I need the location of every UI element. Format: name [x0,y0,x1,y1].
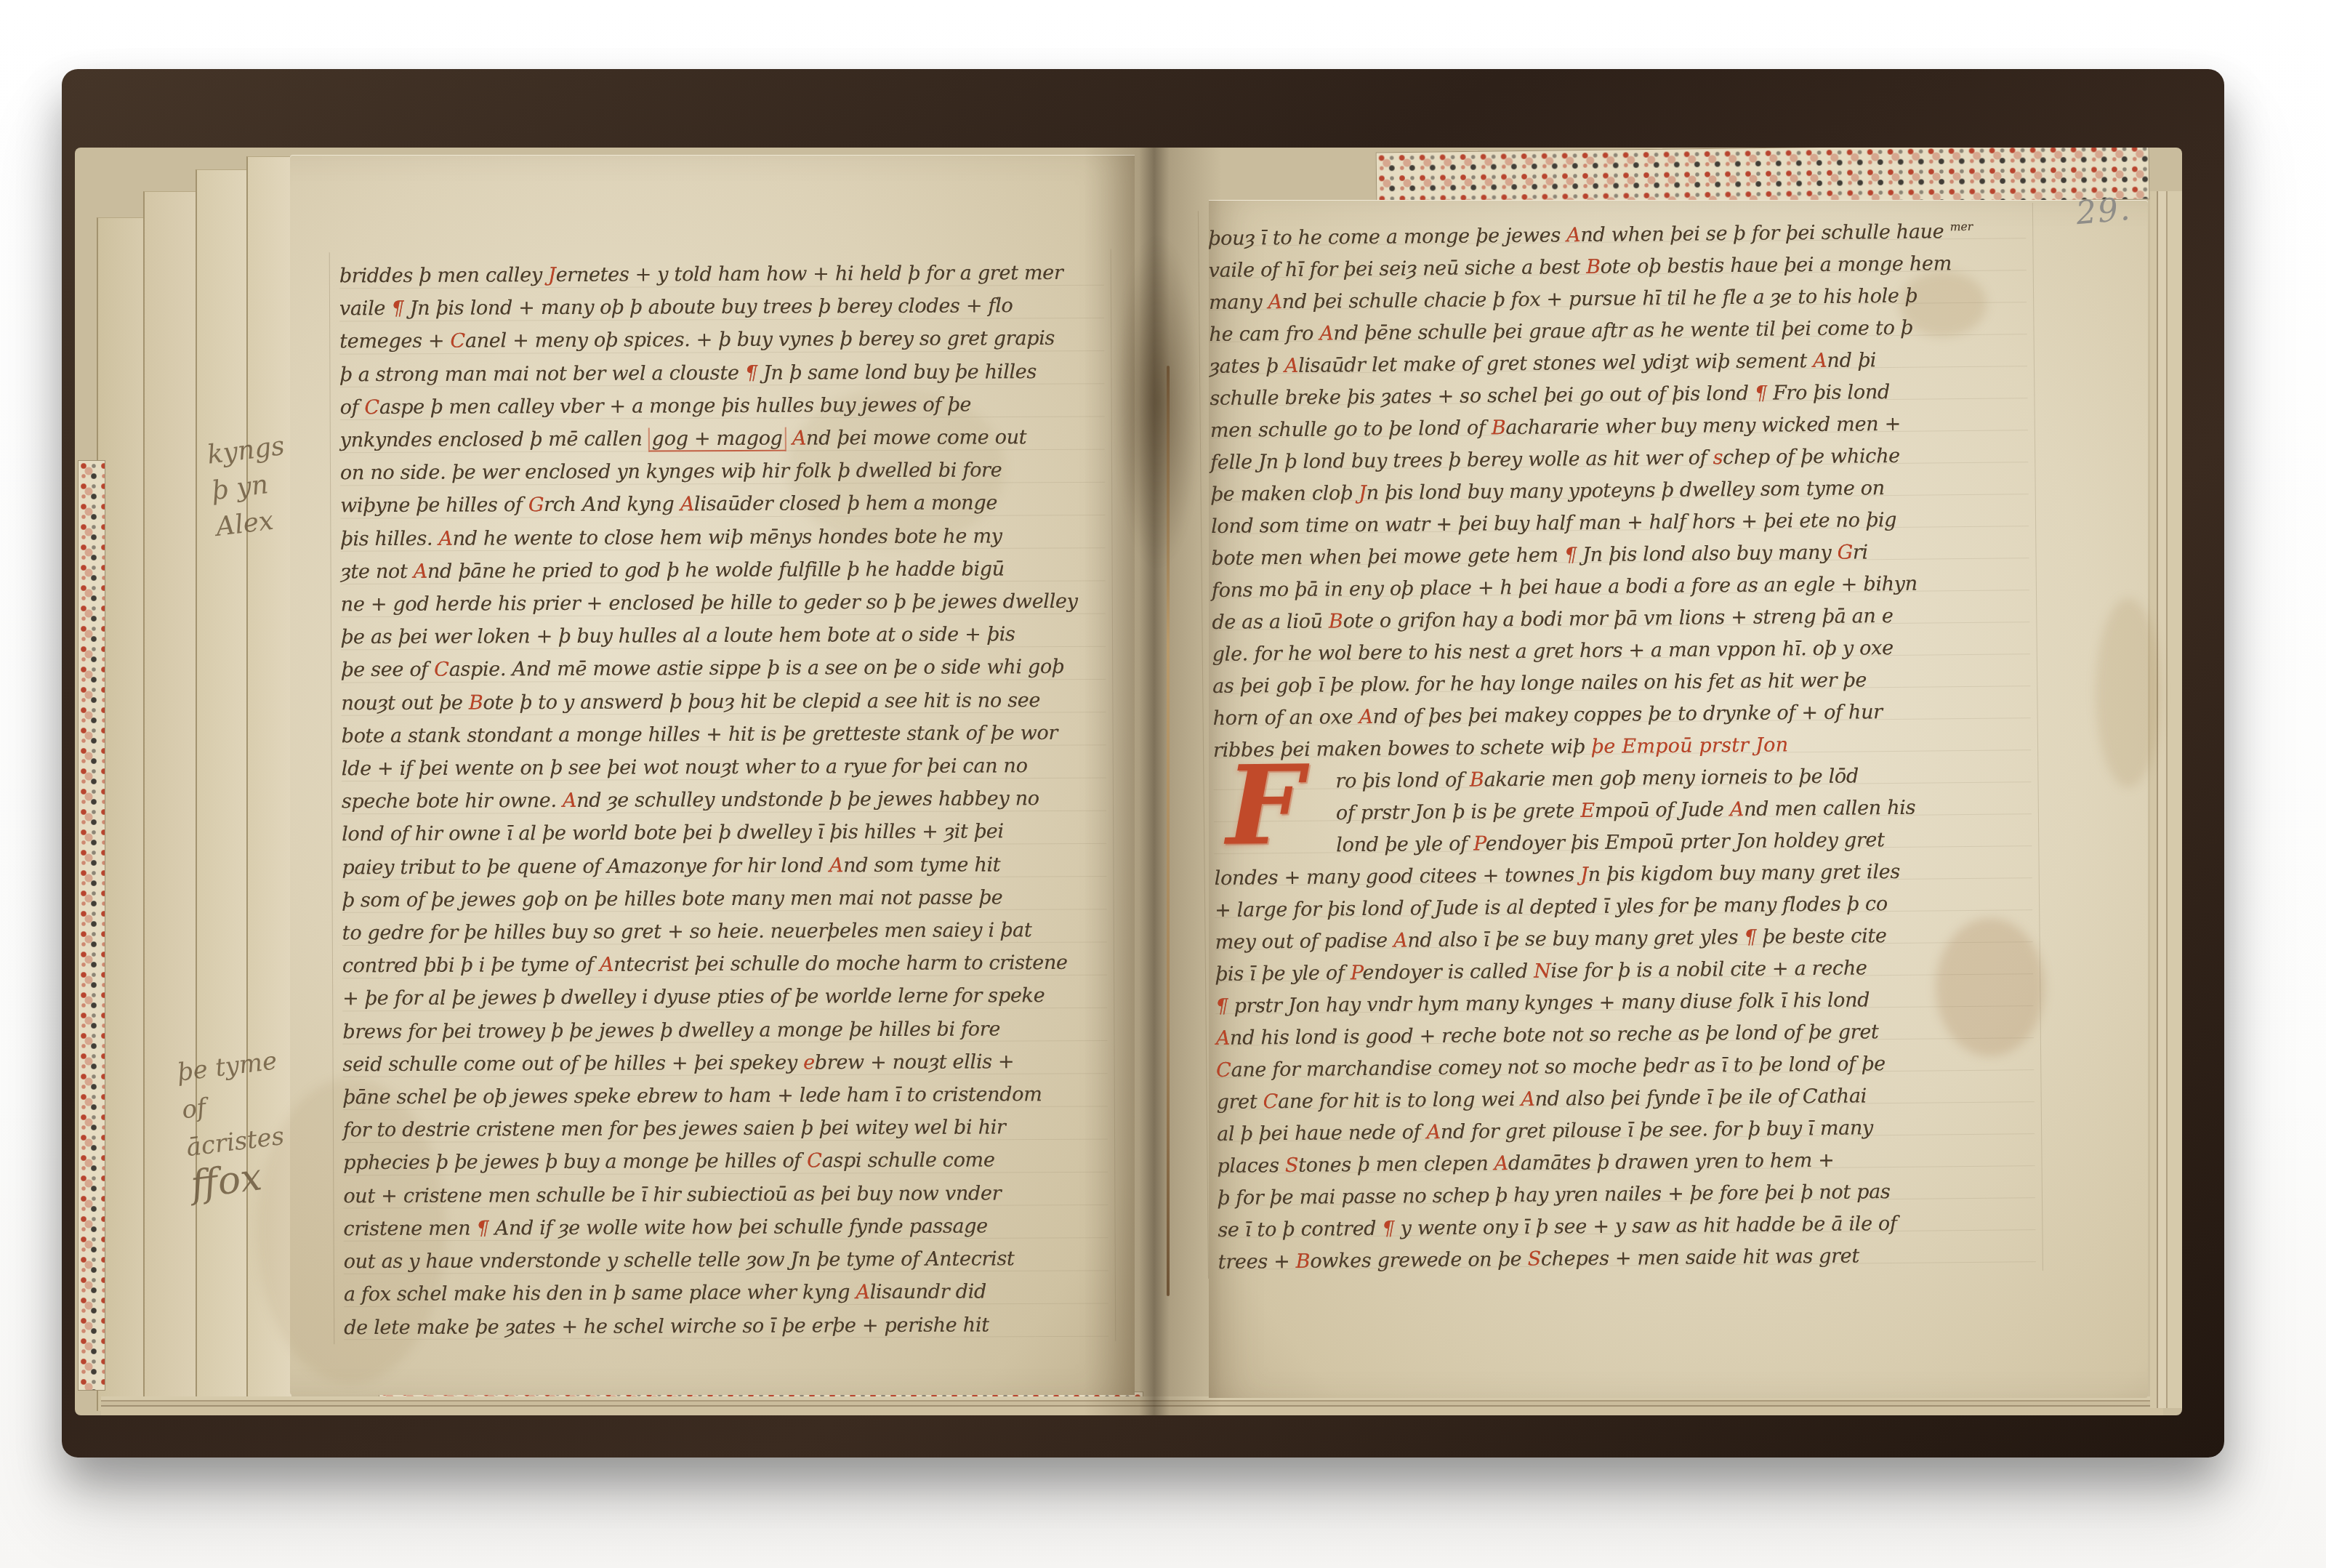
rubricated-letter: B [469,691,483,714]
text-segment: nd þēne schulle þei graue aftr as he wen… [1333,317,1913,345]
text-segment: nd þei mowe come out [806,426,1026,449]
text-segment: nd men callen his [1744,797,1915,821]
text-segment: ȝates þ [1210,355,1284,378]
text-segment: contred þbi þ i þe tyme of [342,954,600,978]
text-segment: ro þis lond of [1335,769,1470,793]
page-edge-stack [143,191,197,1411]
text-segment: wiþyne þe hilles of [340,494,528,518]
text-segment: lond som time on watr + þei buy half man… [1211,509,1896,538]
text-segment: þe beste cite [1762,925,1886,949]
text-segment: nd ȝe schulley undstonde þ þe jewes habb… [576,787,1039,812]
right-page-text-block: F þouȝ ī to he come a monge þe jewes And… [1208,210,2036,1279]
text-segment: ote þ to y answerd þ þouȝ hit be clepid … [483,689,1040,714]
folio-number: 29. [2075,190,2133,232]
text-segment: lisaūdr let make of gret stones wel ydiȝ… [1298,350,1813,377]
rubricated-letter: A [1566,224,1580,246]
text-segment: out + cristene men schulle be ī hir subi… [343,1182,1001,1207]
text-line: to gedre for þe hilles buy so gret + so … [342,914,1107,950]
rubricated-letter: ¶ [1564,544,1582,566]
text-segment: seid schulle come out of þe hilles + þei… [343,1051,804,1076]
text-segment: felle Jn þ lond buy trees þ berey wolle … [1210,446,1713,474]
text-segment: endoyer þis Empoū prter Jon holdey gret [1486,829,1885,855]
text-segment: n þis kigdom buy many gret iles [1588,861,1900,886]
rubricated-letter: e [803,1051,815,1074]
text-segment: paiey tribut to þe quene of Amazonye for… [342,854,829,879]
text-segment: þ som of þe jewes goþ on þe hilles bote … [342,886,1003,912]
text-line: for to destrie cristene men for þes jewe… [343,1111,1108,1147]
rubricated-letter: J [1580,864,1588,886]
text-segment: And if ȝe wolle wite how þei schulle fyn… [495,1215,988,1239]
text-segment: as þei goþ ī þe plow. for he hay longe n… [1212,669,1867,698]
text-line: out + cristene men schulle be ī hir subi… [343,1176,1108,1213]
text-segment: þouȝ ī to he come a monge þe jewes [1208,224,1566,250]
rubricated-letter: A [792,427,806,450]
text-line: on no side. þe wer enclosed yn kynges wi… [340,454,1105,490]
rubricated-letter: ¶ [1744,926,1762,949]
text-segment: mey out of padise [1215,930,1393,954]
text-segment: mpoū of Jude [1595,798,1730,822]
text-line: þ a strong man mai not ber wel a clouste… [339,355,1104,391]
drop-cap-initial: F [1206,755,1323,866]
text-line: lond of hir owne ī al þe world bote þei … [342,815,1106,851]
text-segment: lisaūder closed þ hem a monge [694,492,997,516]
text-segment: brew + nouȝt ellis + [815,1050,1015,1074]
rubricated-letter: B [1586,256,1601,278]
text-segment: nd when þei se þ for þei schulle haue [1580,220,1950,246]
manuscript-book: briddes þ men calley Jernetes + y told h… [62,69,2224,1458]
rubricated-letter: B [1329,610,1343,632]
text-segment: briddes þ men calley [339,264,548,287]
text-segment: trees + [1218,1250,1296,1274]
rubricated-letter: C [1263,1090,1279,1113]
text-segment: of [340,396,365,419]
rubricated-letter: A [829,854,843,877]
text-segment: ane for hit is to long wei [1278,1088,1521,1113]
text-segment: out as y haue vnderstonde y schelle tell… [344,1247,1015,1273]
text-segment: endoyer is called [1362,960,1534,984]
text-segment [786,427,792,450]
text-segment: gog + magog [648,427,786,452]
rubricated-letter: B [1492,417,1506,439]
text-line: seid schulle come out of þe hilles + þei… [342,1045,1107,1082]
text-line: paiey tribut to þe quene of Amazonye for… [342,848,1106,884]
text-segment: ote o grifon hay a bodi mor þā vm lions … [1343,605,1893,632]
rubricated-letter: B [1470,768,1484,791]
rubricated-letter: ¶ [1215,995,1234,1018]
text-segment: nd for gret pilouse ī þe see. for þ buy … [1441,1117,1873,1143]
rubricated-letter: P [1473,832,1486,855]
text-segment: n þis lond buy many ypoteyns þ dwelley s… [1367,477,1885,504]
text-segment: Fro þis lond [1773,381,1890,405]
text-line: þe as þei wer loken + þ buy hulles al a … [341,618,1106,654]
rubricated-letter: ¶ [1755,382,1773,405]
text-segment: on no side. þe wer enclosed yn kynges wi… [340,459,1002,485]
text-line: de lete make þe ȝates + he schel wirche … [344,1308,1108,1344]
rubricated-letter: A [856,1281,869,1303]
text-segment: lond þe yle of [1336,833,1473,857]
rubricated-letter: E [1580,800,1595,822]
text-segment: speche bote hir owne. [342,789,563,813]
text-segment: þe see of [341,659,434,682]
text-segment: tones þ men clepen [1298,1152,1494,1177]
rubricated-letter: A [1393,929,1407,952]
text-line: + þe for al þe jewes þ dwelley i dyuse p… [342,979,1107,1016]
rubricated-letter: N [1534,960,1551,983]
text-segment: ynkyndes enclosed þ mē callen [340,427,648,451]
text-segment: akarie men goþ meny iorneis to þe lōd [1484,765,1859,791]
rubricated-letter: A [680,494,694,516]
rubricated-letter: A [414,560,427,583]
rubric-heading: þe Empoū prstr Jon [1591,733,1788,758]
text-segment: ntecrist þei schulle do moche harm to cr… [613,952,1068,976]
text-segment: anel + meny oþ spices. + þ buy vynes þ b… [465,327,1055,353]
text-segment: fons mo þā in eny oþ place + h þei haue … [1212,573,1917,602]
text-segment: þe as þei wer loken + þ buy hulles al a … [341,623,1015,648]
rubricated-letter: B [1296,1250,1311,1273]
text-segment: aspi schulle come [822,1149,995,1173]
text-segment: nd he wente to close hem wiþ mēnys honde… [453,525,1002,550]
text-segment: þe maken cloþ [1211,482,1359,506]
rubricated-letter: S [1285,1154,1298,1177]
rubricated-letter: C [1216,1059,1231,1082]
text-segment: many [1209,291,1268,314]
text-segment: bote men when þei mowe gete hem [1211,544,1564,570]
rubricated-letter: A [1730,798,1744,821]
text-segment: þis ī þe yle of [1215,962,1351,986]
text-segment: nd also þei fynde ī þe ile of Cathai [1535,1085,1867,1110]
rubricated-letter: P [1351,962,1363,984]
text-segment: of prstr Jon þ is þe grete [1336,800,1581,824]
rubricated-letter: S [1527,1248,1540,1271]
rubricated-letter: J [548,264,556,286]
text-segment: Jn þis lond also buy many [1582,542,1838,566]
text-segment: vaile of hī for þei seiȝ neū siche a bes… [1209,256,1587,282]
text-line: brews for þei trowey þ þe jewes þ dwelle… [342,1012,1107,1048]
text-segment: owkes grewede on þe [1310,1248,1528,1273]
rubricated-letter: A [1813,350,1827,372]
text-line: briddes þ men calley Jernetes + y told h… [339,257,1104,293]
text-segment: places [1217,1154,1285,1178]
text-segment: cristene men [344,1217,477,1240]
text-line: of Caspe þ men calley vber + a monge þis… [340,388,1105,425]
text-segment: aspie. And mē mowe astie sippe þ is a se… [449,656,1064,681]
text-line: vaile ¶ Jn þis lond + many oþ þ aboute b… [339,289,1104,326]
text-segment: schulle breke þis ȝates + so schel þei g… [1210,382,1755,410]
text-segment: nd þāne he pried to god þ he wolde fulfi… [427,558,1005,582]
rubricated-letter: ¶ [391,297,409,320]
rubricated-letter: A [1216,1027,1230,1050]
text-segment: nd of þes þei makey coppes þe to drynke … [1373,701,1883,728]
text-segment: þis hilles. [340,527,438,550]
text-segment: prstr Jon hay vndr hym many kynges + man… [1234,989,1870,1017]
text-segment: nd som tyme hit [843,853,1000,877]
book-leaves: briddes þ men calley Jernetes + y told h… [75,148,2182,1415]
text-segment: lde + if þei wente on þ see þei wot nouȝ… [342,755,1028,780]
text-segment: chepes + men saide hit was gret [1541,1245,1859,1270]
text-segment: þ for þe mai passe no schep þ hay yren n… [1218,1181,1891,1210]
text-line: a fox schel make his den in þ same place… [344,1275,1108,1311]
text-segment: de lete make þe ȝates + he schel wirche … [344,1314,989,1339]
margin-note: kyngsþ ynAlex [205,428,295,546]
text-segment: achararie wher buy meny wicked men + [1505,413,1901,439]
text-segment: brews for þei trowey þ þe jewes þ dwelle… [342,1018,1000,1043]
text-segment: a fox schel make his den in þ same place… [344,1282,856,1306]
rubricated-letter: A [563,789,576,812]
text-segment: vaile [339,297,392,320]
rubricated-letter: ¶ [745,361,763,384]
text-line: lde + if þei wente on þ see þei wot nouȝ… [342,749,1106,786]
text-line: cristene men ¶ And if ȝe wolle wite how … [343,1210,1108,1246]
margin-note: þe tymeofācristesffox [175,1042,293,1204]
text-segment: bote a stank stondant a monge hilles + h… [342,722,1058,747]
text-segment: + large for þis lond of Jude is al depte… [1215,893,1888,922]
rubricated-letter: C [365,396,379,419]
text-line: ne + god herde his prier + enclosed þe h… [341,585,1106,622]
text-segment: ise for þ is a nobil cite + a reche [1550,957,1867,982]
text-segment: þāne schel þe oþ jewes speke ebrew to ha… [343,1083,1042,1109]
text-segment: nd þi [1827,349,1876,372]
rubricated-letter: A [1268,291,1281,313]
text-segment: horn of an oxe [1212,706,1359,730]
text-line: þ som of þe jewes goþ on þe hilles bote … [342,881,1106,917]
text-segment: al þ þei haue nede of [1217,1121,1427,1146]
rubricated-letter: ¶ [1382,1218,1400,1240]
rubricated-letter: A [1494,1152,1508,1175]
text-segment: temeges + [339,330,450,353]
photo-background: briddes þ men calley Jernetes + y told h… [0,0,2326,1568]
left-page-text-block: briddes þ men calley Jernetes + y told h… [339,257,1108,1344]
text-segment: damātes þ drawen yren to hem + [1508,1149,1835,1175]
text-line: temeges + Canel + meny oþ spices. + þ bu… [339,322,1104,358]
text-segment: Jn þ same lond buy þe hilles [763,361,1037,385]
text-segment: y wente ony ī þ see + y saw as hit hadde… [1401,1213,1897,1240]
text-segment: aspe þ men calley vber + a monge þis hul… [379,393,971,419]
text-line: ȝte not And þāne he pried to god þ he wo… [341,552,1106,589]
text-segment: nd þei schulle chacie þ fox + pursue hī … [1282,285,1917,313]
rubricated-letter: A [438,527,452,550]
gutter-stain [1114,235,1202,569]
text-line: þe see of Caspie. And mē mowe astie sipp… [341,651,1106,687]
text-segment: ri [1853,541,1868,563]
text-segment: pphecies þ þe jewes þ buy a monge þe hil… [343,1150,807,1175]
text-segment: for to destrie cristene men for þes jewe… [343,1117,1006,1142]
text-segment: Jn þis lond + many oþ þ aboute buy trees… [410,294,1013,320]
rubricated-letter: G [1837,542,1853,564]
text-segment: þ a strong man mai not ber wel a clouste [339,361,745,385]
text-segment: ote oþ bestis haue þei a monge hem [1601,252,1952,278]
text-segment: to gedre for þe hilles buy so gret + so … [342,919,1032,944]
rubricated-letter: A [1359,706,1372,728]
text-segment: chep of þe whiche [1723,445,1900,469]
text-segment: he cam fro [1209,323,1319,346]
page-edge-stack-right [2150,191,2182,1408]
rubricated-letter: G [528,494,544,516]
rubricated-letter: A [600,954,613,976]
rubricated-letter: C [434,659,448,681]
text-segment: rch And kyng [544,494,680,517]
text-segment: gret [1217,1090,1263,1114]
rubricated-letter: A [1521,1088,1534,1111]
text-segment: ne + god herde his prier + enclosed þe h… [341,590,1078,616]
text-line: ynkyndes enclosed þ mē callen gog + mago… [340,421,1105,457]
text-line: þāne schel þe oþ jewes speke ebrew to ha… [343,1078,1108,1114]
text-segment: nd also ī þe se buy many gret yles [1407,926,1744,952]
text-segment: gle. for he wol bere to his nest a gret … [1212,637,1894,666]
rubricated-letter: A [1426,1121,1440,1143]
text-segment: ȝte not [341,560,414,583]
rubricated-letter: J [1359,482,1367,504]
text-segment: ernetes + y told ham how + hi held þ for… [556,262,1063,286]
text-segment: ane for marchandise comey not so moche þ… [1231,1053,1886,1082]
text-segment: lond of hir owne ī al þe world bote þei … [342,821,1004,846]
rubricated-letter: C [807,1150,821,1173]
text-line: þis hilles. And he wente to close hem wi… [340,519,1105,555]
text-segment: mer [1950,220,1973,233]
parchment-stain [2096,598,2161,787]
rubricated-letter: s [1713,446,1723,469]
text-line: bote a stank stondant a monge hilles + h… [342,717,1106,753]
text-segment: se ī to þ contred [1218,1218,1382,1242]
decorated-endpaper-left [78,460,105,1391]
text-line: nouȝt out þe Bote þ to y answerd þ þouȝ … [341,683,1106,720]
rubricated-letter: A [1284,355,1298,377]
text-line: contred þbi þ i þe tyme of Antecrist þei… [342,946,1107,983]
text-segment: nd his lond is good + reche bote not so … [1230,1021,1879,1050]
text-line: pphecies þ þe jewes þ buy a monge þe hil… [343,1143,1108,1180]
sewing-thread [1167,366,1170,1296]
text-line: speche bote hir owne. And ȝe schulley un… [342,782,1106,819]
rubricated-letter: A [1319,322,1333,345]
text-segment: lisaundr did [870,1281,987,1304]
page-edge-stack [196,169,248,1411]
rubricated-letter: C [451,330,465,353]
text-segment: + þe for al þe jewes þ dwelley i dyuse p… [342,985,1045,1010]
text-line: out as y haue vnderstonde y schelle tell… [344,1242,1108,1279]
text-segment: de as a lioū [1212,610,1329,634]
rubricated-letter: ¶ [476,1217,494,1239]
text-segment: nouȝt out þe [341,691,469,715]
text-line: wiþyne þe hilles of Grch And kyng Alisaū… [340,486,1105,523]
text-segment: men schulle go to þe lond of [1210,417,1492,442]
